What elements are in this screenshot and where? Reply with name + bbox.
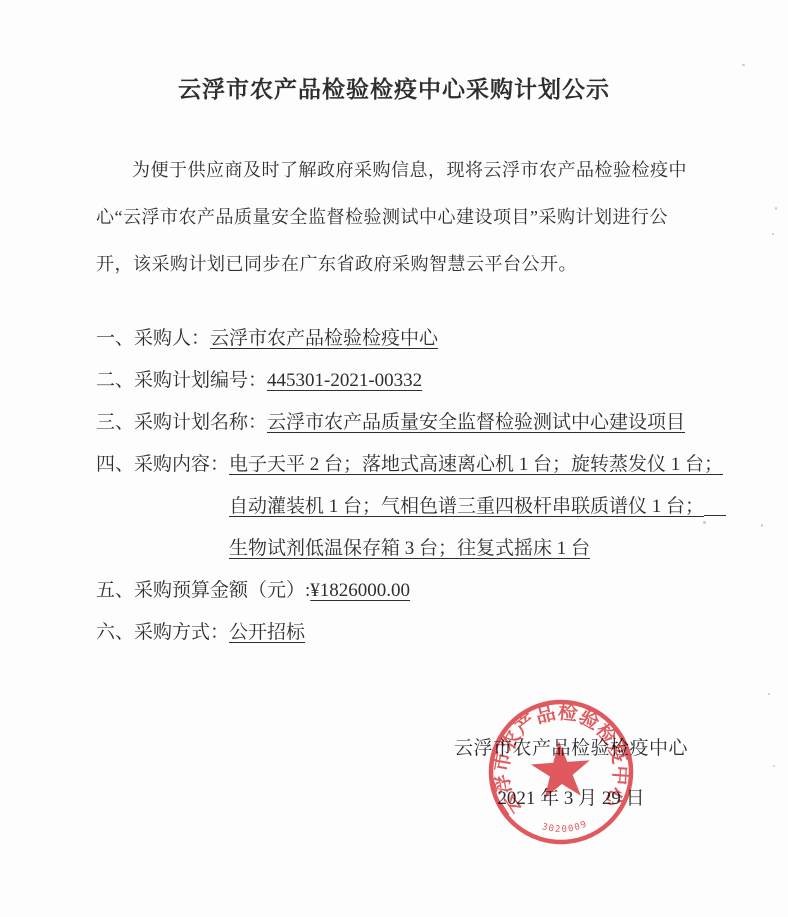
item-label: 五、采购预算金额（元）: — [96, 570, 310, 612]
list-item-contents: 四、采购内容： 电子天平 2 台；落地式高速离心机 1 台；旋转蒸发仪 1 台；… — [96, 444, 748, 570]
list-item-purchaser: 一、采购人：云浮市农产品检验检疫中心 — [96, 318, 748, 360]
scan-speck — [761, 524, 763, 527]
item-label: 三、采购计划名称： — [96, 402, 267, 444]
item-value-line: 自动灌装机 1 台；气相色谱三重四极杆串联质谱仪 1 台； — [229, 496, 704, 517]
signature-block: 云浮市农产品检验检疫中心 2021 年 3 月 29 日 — [0, 736, 788, 812]
item-label: 六、采购方式： — [96, 612, 229, 654]
scan-speck — [772, 233, 774, 235]
item-value: 公开招标 — [229, 612, 305, 654]
document-title: 云浮市农产品检验检疫中心采购计划公示 — [0, 0, 788, 105]
item-label: 四、采购内容： — [96, 444, 229, 486]
scan-speck — [703, 521, 706, 524]
list-item-plan-number: 二、采购计划编号：445301-2021-00332 — [96, 360, 748, 402]
list-item-budget: 五、采购预算金额（元）:¥1826000.00 — [96, 570, 748, 612]
signature-org: 云浮市农产品检验检疫中心 — [454, 736, 688, 762]
item-value-lines: 电子天平 2 台；落地式高速离心机 1 台；旋转蒸发仪 1 台； 自动灌装机 1… — [229, 444, 726, 570]
intro-paragraph: 为便于供应商及时了解政府采购信息，现将云浮市农产品检验检疫中 心“云浮市农产品质… — [96, 147, 732, 288]
scan-speck — [773, 765, 775, 767]
item-value: 445301-2021-00332 — [267, 360, 422, 402]
scan-speck — [775, 207, 777, 210]
procurement-detail-list: 一、采购人：云浮市农产品检验检疫中心 二、采购计划编号：445301-2021-… — [96, 318, 748, 654]
item-value: ¥1826000.00 — [310, 570, 410, 612]
item-value-line: 电子天平 2 台；落地式高速离心机 1 台；旋转蒸发仪 1 台； — [229, 454, 723, 475]
list-item-method: 六、采购方式：公开招标 — [96, 612, 748, 654]
item-value: 云浮市农产品质量安全监督检验测试中心建设项目 — [267, 402, 685, 444]
scan-speck — [768, 693, 770, 695]
signature-date: 2021 年 3 月 29 日 — [454, 786, 688, 812]
list-item-plan-name: 三、采购计划名称：云浮市农产品质量安全监督检验测试中心建设项目 — [96, 402, 748, 444]
scan-speck — [742, 64, 745, 66]
item-value-line: 生物试剂低温保存箱 3 台；往复式摇床 1 台 — [229, 538, 590, 559]
intro-line: 为便于供应商及时了解政府采购信息，现将云浮市农产品检验检疫中 — [96, 147, 732, 194]
intro-line: 心“云浮市农产品质量安全监督检验测试中心建设项目”采购计划进行公 — [96, 194, 732, 241]
item-label: 二、采购计划编号： — [96, 360, 267, 402]
item-value: 云浮市农产品检验检疫中心 — [210, 318, 438, 360]
underline-extension — [704, 515, 726, 516]
intro-line: 开，该采购计划已同步在广东省政府采购智慧云平台公开。 — [96, 241, 732, 288]
item-label: 一、采购人： — [96, 318, 210, 360]
document-page: 云浮市农产品检验检疫中心采购计划公示 为便于供应商及时了解政府采购信息，现将云浮… — [0, 0, 788, 917]
